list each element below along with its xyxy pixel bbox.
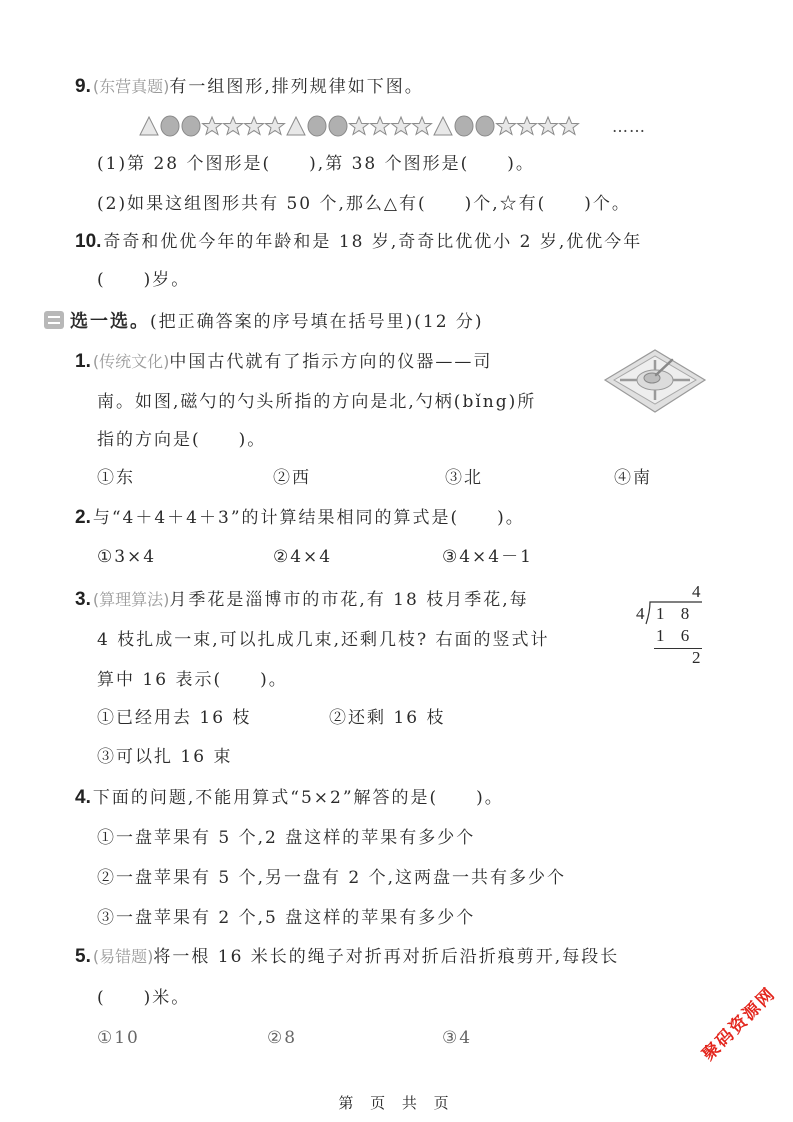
mc-question-5-line2: ( )米。 bbox=[97, 986, 190, 1010]
section-instruction: (把正确答案的序号填在括号里)(12 分) bbox=[150, 312, 484, 332]
question-number: 2. bbox=[75, 507, 91, 528]
ellipsis: …… bbox=[612, 117, 646, 136]
mc-question-1: 1.(传统文化)中国古代就有了指示方向的仪器——司 bbox=[75, 350, 492, 374]
question-text: 月季花是淄博市的市花,有 18 枝月季花,每 bbox=[169, 590, 528, 610]
option[interactable]: ①3×4 bbox=[97, 545, 156, 569]
option[interactable]: ②4×4 bbox=[273, 545, 332, 569]
shape-sequence-icon bbox=[138, 114, 600, 138]
question-tag: (易错题) bbox=[93, 947, 154, 966]
option[interactable]: ③4 bbox=[442, 1026, 472, 1050]
question-9: 9.(东营真题)有一组图形,排列规律如下图。 bbox=[75, 75, 424, 99]
question-10-line2: ( )岁。 bbox=[97, 268, 190, 292]
long-division: 4 4 1 8 1 6 2 bbox=[630, 578, 710, 668]
option[interactable]: ②8 bbox=[267, 1026, 297, 1050]
question-number: 5. bbox=[75, 946, 91, 967]
option[interactable]: ①已经用去 16 枝 bbox=[97, 706, 251, 730]
question-text: 与“4＋4＋4＋3”的计算结果相同的算式是( )。 bbox=[93, 508, 525, 528]
question-9-sub1: (1)第 28 个图形是( ),第 38 个图形是( )。 bbox=[97, 152, 535, 176]
question-9-sub2: (2)如果这组图形共有 50 个,那么△有( )个,☆有( )个。 bbox=[97, 192, 631, 216]
question-text: 将一根 16 米长的绳子对折再对折后沿折痕剪开,每段长 bbox=[153, 947, 619, 967]
quotient: 4 bbox=[692, 582, 701, 602]
compass-sinan-icon bbox=[600, 340, 710, 420]
mc-question-5: 5.(易错题)将一根 16 米长的绳子对折再对折后沿折痕剪开,每段长 bbox=[75, 945, 619, 969]
question-number: 10. bbox=[75, 231, 101, 252]
remainder: 2 bbox=[692, 648, 701, 668]
mc-question-3-line3: 算中 16 表示( )。 bbox=[97, 668, 288, 692]
mc-question-3: 3.(算理算法)月季花是淄博市的市花,有 18 枝月季花,每 bbox=[75, 588, 529, 612]
option[interactable]: ③一盘苹果有 2 个,5 盘这样的苹果有多少个 bbox=[97, 906, 475, 930]
page-footer: 第 页 共 页 bbox=[0, 1092, 793, 1113]
shape-pattern: …… bbox=[138, 113, 646, 139]
option[interactable]: ③4×4－1 bbox=[442, 545, 533, 569]
option[interactable]: ①东 bbox=[97, 466, 135, 490]
question-10: 10.奇奇和优优今年的年龄和是 18 岁,奇奇比优优小 2 岁,优优今年 bbox=[75, 230, 642, 254]
question-number: 9. bbox=[75, 76, 91, 97]
question-text: 下面的问题,不能用算式“5×2”解答的是( )。 bbox=[93, 788, 504, 808]
mc-question-2: 2.与“4＋4＋4＋3”的计算结果相同的算式是( )。 bbox=[75, 506, 525, 530]
option[interactable]: ③可以扎 16 束 bbox=[97, 745, 232, 769]
option[interactable]: ②一盘苹果有 5 个,另一盘有 2 个,这两盘一共有多少个 bbox=[97, 866, 566, 890]
question-text: 有一组图形,排列规律如下图。 bbox=[169, 77, 423, 97]
option[interactable]: ②西 bbox=[273, 466, 311, 490]
mc-question-3-line2: 4 枝扎成一束,可以扎成几束,还剩几枝? 右面的竖式计 bbox=[97, 628, 550, 652]
question-number: 1. bbox=[75, 351, 91, 372]
option[interactable]: ③北 bbox=[445, 466, 483, 490]
mc-question-1-line2: 南。如图,磁勺的勺头所指的方向是北,勺柄(bǐng)所 bbox=[97, 390, 536, 414]
dividend: 1 8 bbox=[656, 604, 695, 624]
mc-question-1-line3: 指的方向是( )。 bbox=[97, 428, 266, 452]
question-text: 奇奇和优优今年的年龄和是 18 岁,奇奇比优优小 2 岁,优优今年 bbox=[103, 232, 642, 252]
option[interactable]: ①10 bbox=[97, 1026, 140, 1050]
question-tag: (东营真题) bbox=[93, 77, 170, 96]
section-number-two-icon bbox=[44, 311, 64, 329]
question-number: 4. bbox=[75, 787, 91, 808]
question-text: 中国古代就有了指示方向的仪器——司 bbox=[169, 352, 492, 372]
question-tag: (算理算法) bbox=[93, 590, 170, 609]
watermark: 聚码资源网 bbox=[695, 980, 780, 1065]
section-header: 选一选。(把正确答案的序号填在括号里)(12 分) bbox=[44, 310, 484, 334]
option[interactable]: ①一盘苹果有 5 个,2 盘这样的苹果有多少个 bbox=[97, 826, 475, 850]
mc-question-4: 4.下面的问题,不能用算式“5×2”解答的是( )。 bbox=[75, 786, 504, 810]
option[interactable]: ④南 bbox=[614, 466, 652, 490]
question-tag: (传统文化) bbox=[93, 352, 170, 371]
product: 1 6 bbox=[656, 626, 695, 646]
question-number: 3. bbox=[75, 589, 91, 610]
option[interactable]: ②还剩 16 枝 bbox=[329, 706, 445, 730]
section-title: 选一选。 bbox=[70, 311, 150, 332]
